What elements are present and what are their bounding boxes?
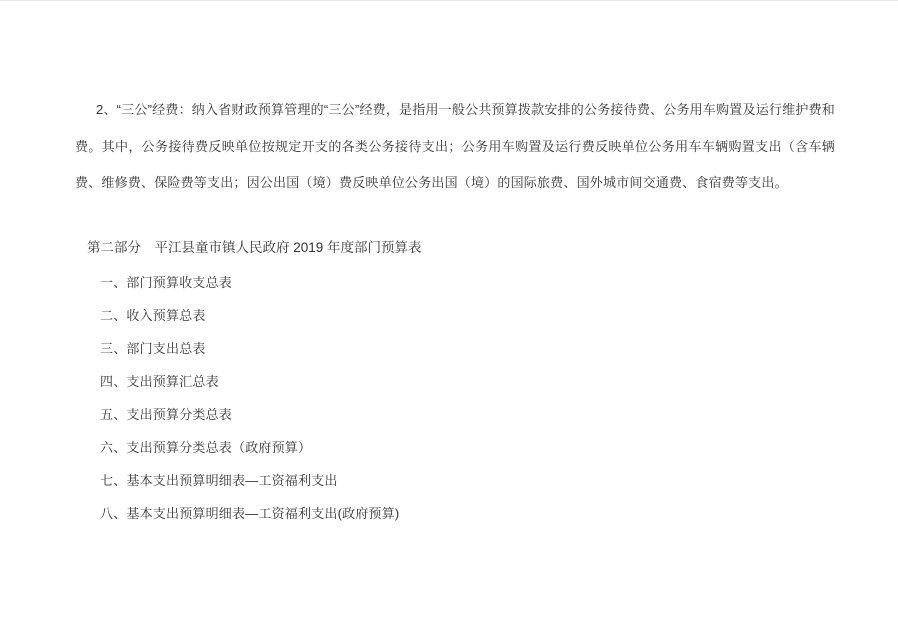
toc-item-2: 二、收入预算总表 xyxy=(100,299,835,332)
paragraph-line: 费、维修费、保险费等支出；因公出国（境）费反映单位公务出国（境）的国际旅费、国外… xyxy=(75,165,835,202)
toc-item-1: 一、部门预算收支总表 xyxy=(100,266,835,299)
section-heading: 第二部分 平江县童市镇人民政府 2019 年度部门预算表 xyxy=(75,231,835,264)
document-page: 2、“三公”经费：纳入省财政预算管理的“三公”经费，是指用一般公共预算拨款安排的… xyxy=(0,0,898,635)
paragraph-line: 费。其中，公务接待费反映单位按规定开支的各类公务接待支出；公务用车购置及运行费反… xyxy=(75,129,835,166)
toc-item-8: 八、基本支出预算明细表—工资福利支出(政府预算) xyxy=(100,497,835,530)
expense-definition-paragraph: 2、“三公”经费：纳入省财政预算管理的“三公”经费，是指用一般公共预算拨款安排的… xyxy=(75,92,835,202)
budget-table-list: 一、部门预算收支总表 二、收入预算总表 三、部门支出总表 四、支出预算汇总表 五… xyxy=(75,266,835,530)
toc-item-3: 三、部门支出总表 xyxy=(100,332,835,365)
paragraph-line: 2、“三公”经费：纳入省财政预算管理的“三公”经费，是指用一般公共预算拨款安排的… xyxy=(75,92,835,129)
toc-item-6: 六、支出预算分类总表（政府预算） xyxy=(100,431,835,464)
toc-item-5: 五、支出预算分类总表 xyxy=(100,398,835,431)
toc-item-7: 七、基本支出预算明细表—工资福利支出 xyxy=(100,464,835,497)
toc-item-4: 四、支出预算汇总表 xyxy=(100,365,835,398)
